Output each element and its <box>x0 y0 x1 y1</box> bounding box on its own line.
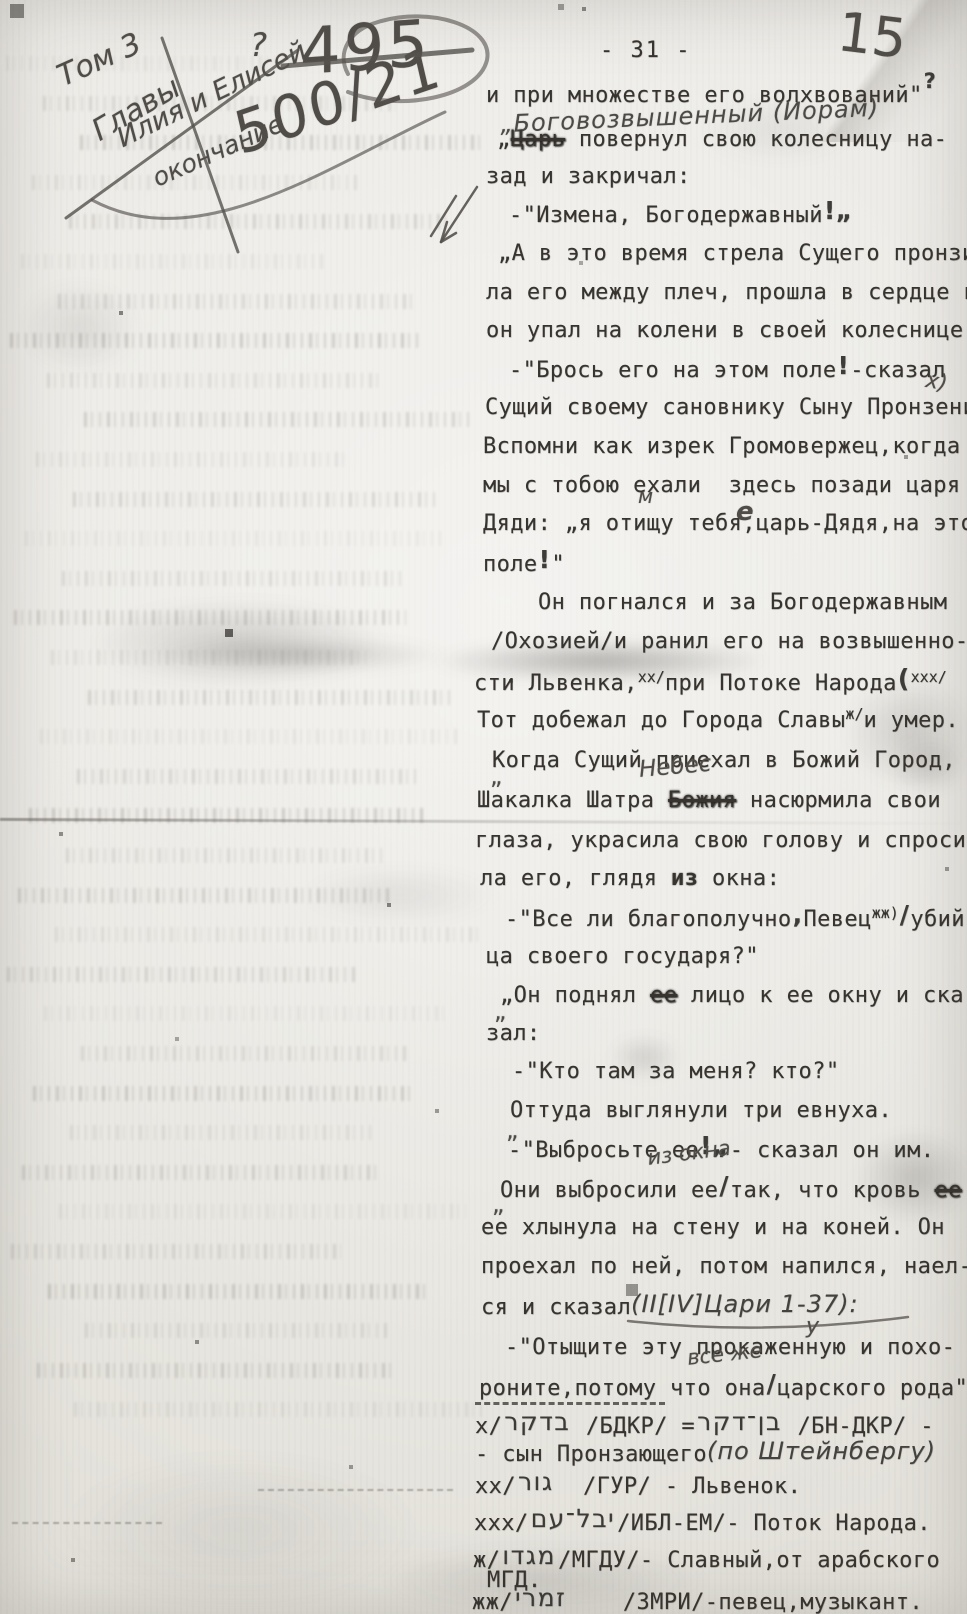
typed-line: зад и закричал: <box>486 162 691 192</box>
text-segment: роните,потому что она <box>479 1376 766 1401</box>
ghost-text-line <box>74 1402 486 1417</box>
ghost-text-line <box>47 373 381 388</box>
text-segment: ! <box>539 545 551 574</box>
text-segment: Певец <box>803 907 871 932</box>
typed-line: „Он поднял ее лицо к ее окну и ска- <box>500 981 967 1011</box>
text-segment: Вспомни как изрек Громовержец,когда <box>483 434 961 459</box>
typed-line: -"Брось его на этом поле!-сказал <box>509 354 946 386</box>
pencil-note-volume: Том 3 <box>52 26 147 94</box>
typed-line: он упал на колени в своей колеснице. <box>486 316 967 346</box>
pencil-footnote-ref: х) <box>924 368 950 396</box>
text-segment: жж/ <box>472 1590 513 1614</box>
ghost-text-line <box>70 1125 371 1140</box>
ghost-text-line <box>66 848 386 863</box>
pencil-quote-mark: „ <box>494 997 506 1025</box>
stain <box>20 280 140 375</box>
text-segment: - сказал он им. <box>730 1138 935 1163</box>
text-segment: хх/ <box>638 668 665 686</box>
typed-line: проехал по ней, потом напился, наел- <box>481 1252 967 1282</box>
pencil-quote-mark: „ <box>506 1116 518 1144</box>
text-segment: ( <box>898 664 910 693</box>
text-segment: /ЗМРИ/-певец,музыкант. <box>568 1590 923 1614</box>
text-segment: и умер. <box>863 708 959 733</box>
text-segment: „ <box>497 127 511 152</box>
text-segment: Он погнался и за Богодержавным <box>538 590 947 615</box>
ghost-text-line <box>55 927 481 942</box>
text-segment: Сущий своему сановнику Сыну Пронзения <box>485 395 967 420</box>
text-segment: ее <box>935 1178 962 1203</box>
ghost-text-line <box>59 1204 466 1219</box>
text-segment: так, что кровь <box>730 1178 935 1203</box>
text-segment: , <box>793 900 803 929</box>
paper-background: - 31 - и при множестве его волхвований"?… <box>0 0 967 1614</box>
hebrew-term: יבל־עם <box>531 1504 616 1533</box>
ghost-text-line <box>33 1086 411 1101</box>
typed-line: Оттуда выглянули три евнуха. <box>510 1096 892 1126</box>
bleed-dashed-line <box>258 1489 453 1491</box>
typed-line: Они выбросили ее/так, что кровь ее <box>500 1174 962 1206</box>
typed-line: Шакалка Шатра Божия насюрмила свои <box>477 786 941 816</box>
ghost-text-line <box>69 214 451 229</box>
page-number-text: - 31 - <box>600 38 691 63</box>
text-segment: ? <box>924 69 937 93</box>
ghost-text-line <box>21 254 326 269</box>
typed-line: -"Измена, Богодержавный!„ <box>509 199 853 231</box>
stain <box>60 1450 420 1610</box>
ghost-text-line <box>32 175 361 190</box>
text-segment: убий- <box>910 907 967 932</box>
ghost-text-line <box>44 1006 446 1021</box>
stain <box>150 638 450 672</box>
typed-line: мы с тобою ехали здесь позади царя <box>483 471 961 501</box>
text-segment: ла его, глядя <box>480 866 671 891</box>
text-segment: сти Львенка, <box>474 671 638 696</box>
typed-line: Когда Сущий приехал в Божий Город, <box>492 746 956 776</box>
ghost-text-line <box>11 1244 341 1259</box>
typed-line: -"Кто там за меня? кто?" <box>512 1057 839 1087</box>
ghost-text-line <box>88 690 456 705</box>
text-segment: повернул свою колесницу на- <box>565 127 947 152</box>
text-segment: „Он поднял <box>500 983 650 1008</box>
text-segment: х/ <box>475 1414 502 1439</box>
ghost-text-line <box>62 571 401 586</box>
text-segment: !„ <box>824 196 853 225</box>
fold-crease <box>0 818 967 825</box>
pencil-insert-nebes: Небес <box>638 751 712 783</box>
text-segment: мы с тобою ехали здесь позади царя <box>483 473 961 498</box>
ghost-text-line <box>73 492 436 507</box>
text-segment: / <box>767 1369 777 1398</box>
text-segment: при Потоке Народа <box>665 671 897 696</box>
typed-line: ся и сказал(II[IV]Цари 1-37): <box>481 1291 859 1323</box>
ghost-text-line <box>77 769 421 784</box>
text-segment: /Охозией/и ранил его на возвышенно- <box>491 629 967 654</box>
pencil-letter-m: м <box>638 484 653 508</box>
text-segment: -"Кто там за меня? кто?" <box>512 1059 839 1084</box>
text-segment: ее хлынула на стену и на коней. Он <box>481 1215 945 1240</box>
typed-line: Сущий своему сановнику Сыну Пронзения <box>485 393 967 423</box>
hebrew-term: זמרי <box>515 1583 566 1612</box>
text-segment: поле <box>483 552 538 577</box>
typed-line: Вспомни как изрек Громовержец,когда <box>483 432 961 462</box>
ghost-text-line <box>85 1323 391 1338</box>
typed-line: ее хлынула на стену и на коней. Он <box>481 1213 945 1243</box>
text-segment: ся и сказал <box>481 1295 631 1320</box>
text-segment: Божия <box>668 788 736 813</box>
ghost-text-line <box>7 967 356 982</box>
text-segment: Они выбросили ее <box>500 1178 718 1203</box>
typed-line: ла его между плеч, прошла в сердце и <box>486 278 967 308</box>
pencil-letter-e: е <box>736 497 754 527</box>
text-segment: ! <box>837 351 849 380</box>
text-segment: хх/ <box>475 1474 516 1499</box>
text-segment: " <box>551 552 565 577</box>
typed-line: „Царь повернул свою колесницу на- <box>497 125 947 155</box>
typed-line: /Охозией/и ранил его на возвышенно- <box>491 627 967 657</box>
footnote-line: хх/גור /ГУР/ - Львенок. <box>475 1470 801 1502</box>
text-segment: лицо к ее окну и ска- <box>677 983 967 1008</box>
page-number: - 31 - <box>600 36 691 66</box>
pencil-letter-u: у <box>806 1314 819 1339</box>
text-segment: из <box>671 866 698 891</box>
text-segment: -"Все ли благополучно <box>505 907 792 932</box>
footnote-line: - сын Пронзающего(по Штейнбергу) <box>475 1438 936 1470</box>
footnote-line: ххх/יבל־עם/ИБЛ-ЕМ/- Поток Народа. <box>474 1507 931 1539</box>
text-segment: Когда Сущий приехал в Божий Город, <box>492 748 956 773</box>
text-segment: - сын Пронзающего <box>475 1442 707 1467</box>
pencil-corner-number: 15 <box>834 0 910 71</box>
ghost-text-line <box>84 412 471 427</box>
text-segment: / <box>719 1171 729 1200</box>
typed-line: сти Львенка,хх/при Потоке Народа(ххх/ <box>474 667 947 700</box>
text-segment: /МГДУ/- Славный,от арабского <box>558 1548 940 1573</box>
text-segment: он упал на колени в своей колеснице. <box>486 318 967 343</box>
text-segment: ххх/ <box>911 668 947 686</box>
text-segment: зад и закричал: <box>486 164 691 189</box>
pencil-question-mark: ? <box>250 26 267 64</box>
text-segment: /ГУР/ - Львенок. <box>556 1474 802 1499</box>
text-segment: „А в это время стрела Сущего пронзи- <box>498 241 967 266</box>
text-segment: Оттуда выглянули три евнуха. <box>510 1098 892 1123</box>
typed-line: роните,потому что она/царского рода". <box>479 1372 967 1404</box>
text-segment: /БДКР/ = <box>572 1414 695 1439</box>
ghost-text-line <box>81 1046 406 1061</box>
text-segment: (по Штейнбергу) <box>707 1437 936 1465</box>
ghost-text-line <box>36 452 346 467</box>
typed-line: ца своего государя?" <box>486 942 759 972</box>
bleed-dashed-line <box>12 1522 162 1524</box>
hebrew-term: בן־דקר <box>697 1407 782 1436</box>
text-segment: /БН-ДКР/ - <box>784 1414 934 1439</box>
typed-line: Дяди: „я отищу тебя,царь-Дядя,на этом <box>483 509 967 539</box>
typed-line: поле!" <box>483 548 565 580</box>
ghost-text-line <box>48 1284 431 1299</box>
typed-line: Тот добежал до Города Славыж/и умер. <box>477 706 959 737</box>
text-segment: царского рода". <box>777 1376 967 1401</box>
ghost-text-line <box>25 531 441 546</box>
text-segment: жж) <box>872 904 899 922</box>
text-segment: проехал по ней, потом напился, наел- <box>481 1254 967 1279</box>
text-segment: Царь <box>511 127 566 152</box>
footnote-line: жж/זמרי /ЗМРИ/-певец,музыкант. <box>472 1586 923 1614</box>
pencil-quote-mark: „ <box>490 762 502 790</box>
scanned-page: { "page": { "title_number": "- 31 -", "c… <box>0 0 967 1614</box>
text-segment: Дяди: „я отищу тебя,царь-Дядя,на этом <box>483 511 967 536</box>
hebrew-term: בדקר <box>504 1407 570 1436</box>
text-segment: Тот добежал до Города Славы <box>477 708 845 733</box>
text-segment: ца своего государя?" <box>486 944 759 969</box>
typed-line: ла его, глядя из окна: <box>480 864 780 894</box>
text-segment: окна: <box>698 866 780 891</box>
text-segment: ее <box>650 983 677 1008</box>
stain <box>300 865 500 925</box>
text-segment: ла его между плеч, прошла в сердце и <box>486 280 967 305</box>
text-segment: -"Измена, Богодержавный <box>509 203 823 228</box>
pencil-quote-mark: „ <box>492 1190 504 1218</box>
hebrew-term: גור <box>518 1467 554 1496</box>
typed-line: глаза, украсила свою голову и спроси- <box>475 826 967 856</box>
ghost-text-line <box>40 729 461 744</box>
text-segment: Шакалка Шатра <box>477 788 668 813</box>
text-segment: ж/ <box>845 705 863 723</box>
text-segment: насюрмила свои <box>736 788 941 813</box>
text-segment: глаза, украсила свою голову и спроси- <box>475 828 967 853</box>
text-segment: -"Брось его на этом поле <box>509 358 836 383</box>
paper-specks <box>0 0 2 2</box>
text-segment: / <box>900 900 910 929</box>
footnote-line: ж/מגדו/МГДУ/- Славный,от арабского <box>473 1544 940 1576</box>
ghost-text-line <box>37 1363 396 1378</box>
ghost-text-line <box>22 1165 376 1180</box>
typed-line: -"Все ли благополучно,Певецжж)/убий- <box>505 903 967 936</box>
typed-line: „А в это время стрела Сущего пронзи- <box>498 239 967 269</box>
typed-line: Он погнался и за Богодержавным <box>538 588 947 618</box>
text-segment: (II[IV]Цари 1-37): <box>631 1290 858 1318</box>
text-segment: /ИБЛ-ЕМ/- Поток Народа. <box>617 1511 931 1536</box>
text-segment: ххх/ <box>474 1511 529 1536</box>
